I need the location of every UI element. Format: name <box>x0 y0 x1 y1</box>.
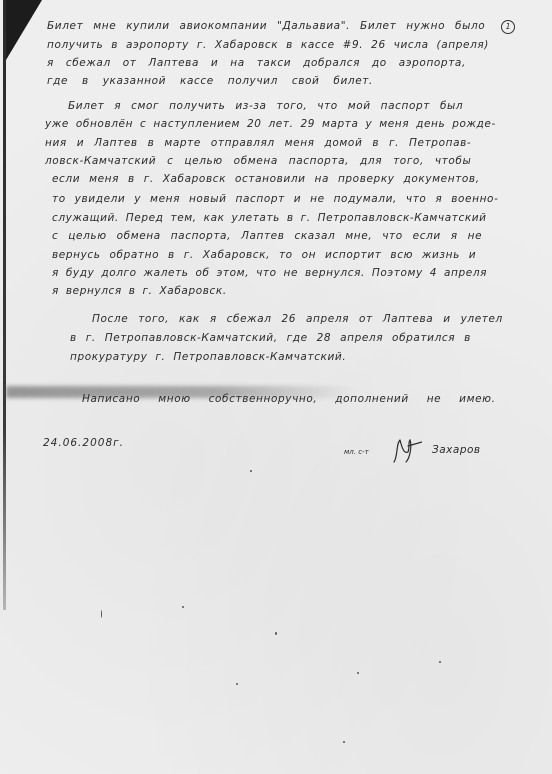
signature-name: Захаров <box>432 444 481 456</box>
text-line: я сбежал от Лаптева и на такси добрался … <box>47 56 466 70</box>
text-line: я буду долго жалеть об этом, что не верн… <box>52 266 487 280</box>
text-line: Написано мною собственноручно, дополнени… <box>82 392 496 406</box>
text-line: После того, как я сбежал 26 апреля от Ла… <box>92 312 503 326</box>
text-line: Билет я смог получить из-за того, что мо… <box>68 99 463 113</box>
text-line: ния и Лаптев в марте отправлял меня домо… <box>45 136 471 150</box>
scan-speck <box>343 741 345 743</box>
scan-speck <box>101 610 102 618</box>
text-line: служащий. Перед тем, как улетать в г. Пе… <box>52 211 487 225</box>
text-line: то увидели у меня новый паспорт и не под… <box>52 192 498 206</box>
signature-rank: мл. с-т <box>344 448 369 456</box>
scan-speck <box>182 606 184 608</box>
text-line: если меня в г. Хабаровск остановили на п… <box>52 172 480 186</box>
text-line: Билет мне купили авиокомпании "Дальавиа"… <box>47 19 485 33</box>
scan-speck <box>250 470 252 472</box>
text-line: ловск-Камчатский с целью обмена паспорта… <box>45 154 471 168</box>
text-line: в г. Петропавловск-Камчатский, где 28 ап… <box>70 331 471 345</box>
text-line: вернусь обратно в г. Хабаровск, то он ис… <box>52 248 476 262</box>
page-number-circle: 1 <box>501 20 515 34</box>
scan-speck <box>275 632 277 635</box>
text-line: прокуратуру г. Петропавловск-Камчатский. <box>70 350 346 364</box>
folded-corner-shadow <box>6 0 42 60</box>
scan-edge-border <box>3 0 6 610</box>
scanned-page: 1 Билет мне купили авиокомпании "Дальави… <box>0 0 552 774</box>
scan-speck <box>236 683 238 685</box>
text-line: получить в аэропорту г. Хабаровск в касс… <box>47 38 489 52</box>
document-date: 24.06.2008г. <box>43 437 124 449</box>
scan-speck <box>439 661 441 663</box>
text-line: уже обновлён с наступлением 20 лет. 29 м… <box>45 117 496 131</box>
text-line: с целью обмена паспорта, Лаптев сказал м… <box>52 229 482 243</box>
text-line: я вернулся в г. Хабаровск. <box>52 284 227 298</box>
signature-scrawl-icon <box>388 436 422 464</box>
text-line: где в указанной кассе получил свой билет… <box>47 74 373 88</box>
scan-speck <box>357 672 359 674</box>
